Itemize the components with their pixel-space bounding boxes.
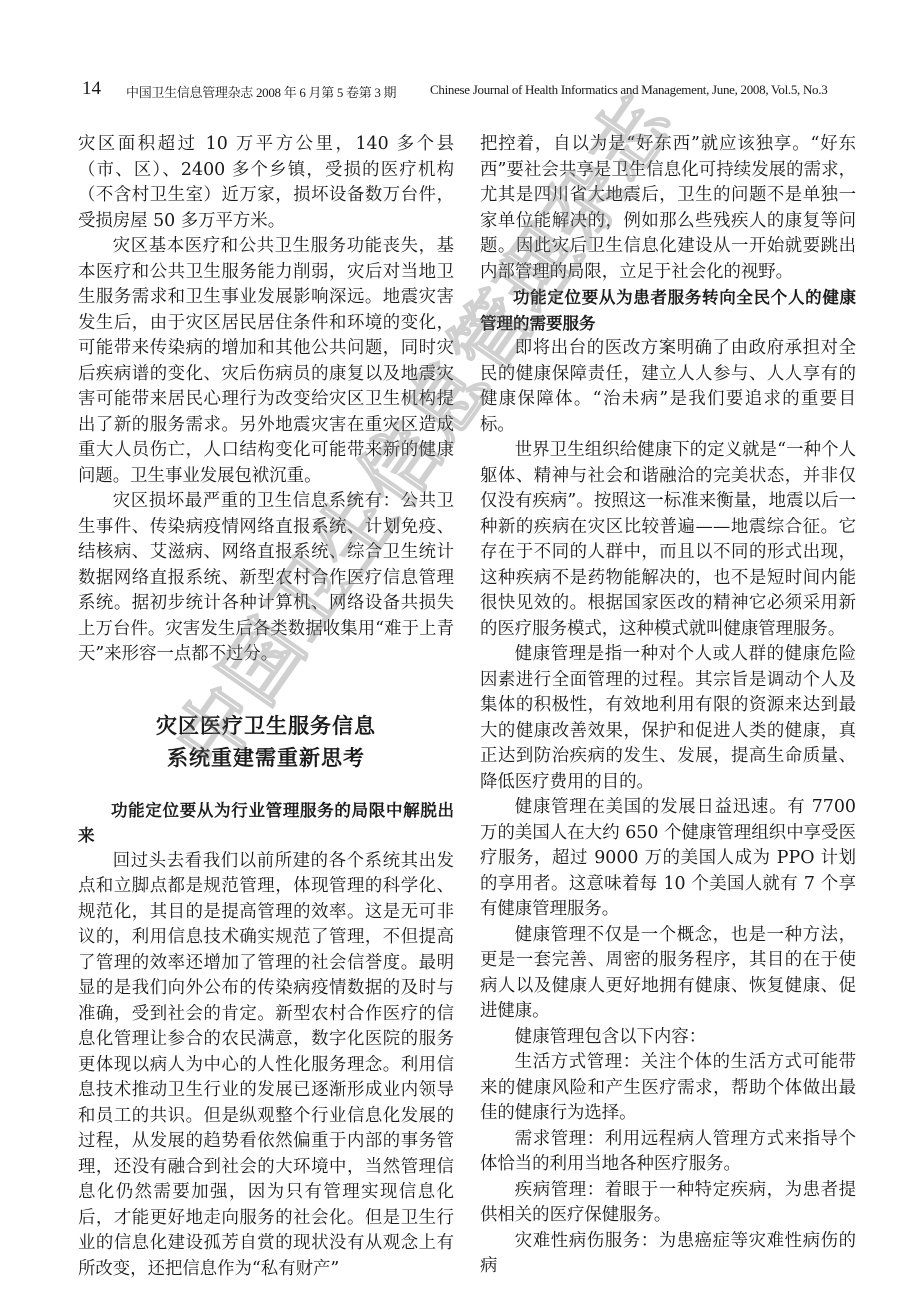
page-number: 14 xyxy=(82,78,101,100)
paragraph: 回过头去看我们以前所建的各个系统其出发点和立脚点都是规范管理，体现管理的科学化、… xyxy=(78,849,454,1283)
section-title: 灾区医疗卫生服务信息 系统重建需重新思考 xyxy=(78,710,454,774)
running-header: 14 中国卫生信息管理杂志 2008 年 6 月第 5 卷第 3 期 Chine… xyxy=(82,78,870,102)
paragraph: 疾病管理：着眼于一种特定疾病，为患者提供相关的医疗保健服务。 xyxy=(480,1178,856,1229)
subheading: 功能定位要从为患者服务转向全民个人的健康管理的需要服务 xyxy=(480,285,856,336)
paragraph: 健康管理不仅是一个概念，也是一种方法，更是一套完善、周密的服务程序，其目的在于使… xyxy=(480,923,856,1025)
subheading: 功能定位要从为行业管理服务的局限中解脱出来 xyxy=(78,798,454,849)
paragraph: 把控着，自以为是“好东西”就应该独享。“好东西”要社会共享是卫生信息化可持续发展… xyxy=(480,132,856,285)
left-column: 灾区面积超过 10 万平方公里，140 多个县（市、区）、2400 多个乡镇，受… xyxy=(78,132,454,1282)
paragraph: 灾区面积超过 10 万平方公里，140 多个县（市、区）、2400 多个乡镇，受… xyxy=(78,132,454,234)
paragraph: 世界卫生组织给健康下的定义就是“一种个人躯体、精神与社会和谐融洽的完美状态，并非… xyxy=(480,438,856,642)
section-title-line-2: 系统重建需重新思考 xyxy=(167,746,365,770)
paragraph: 即将出台的医改方案明确了由政府承担对全民的健康保障责任，建立人人参与、人人享有的… xyxy=(480,336,856,438)
paragraph: 需求管理：利用远程病人管理方式来指导个体恰当的利用当地各种医疗服务。 xyxy=(480,1127,856,1178)
right-column: 把控着，自以为是“好东西”就应该独享。“好东西”要社会共享是卫生信息化可持续发展… xyxy=(480,132,856,1280)
paragraph: 灾区基本医疗和公共卫生服务功能丧失，基本医疗和公共卫生服务能力削弱，灾后对当地卫… xyxy=(78,234,454,489)
journal-title-chinese: 中国卫生信息管理杂志 2008 年 6 月第 5 卷第 3 期 xyxy=(126,82,396,101)
paragraph: 健康管理在美国的发展日益迅速。有 7700 万的美国人在大约 650 个健康管理… xyxy=(480,795,856,923)
paragraph: 健康管理包含以下内容： xyxy=(480,1025,856,1051)
paragraph: 生活方式管理：关注个体的生活方式可能带来的健康风险和产生医疗需求，帮助个体做出最… xyxy=(480,1050,856,1127)
journal-title-english: Chinese Journal of Health Informatics an… xyxy=(430,82,827,98)
paragraph: 灾区损坏最严重的卫生信息系统有：公共卫生事件、传染病疫情网络直报系统、计划免疫、… xyxy=(78,489,454,668)
paragraph: 健康管理是指一种对个人或人群的健康危险因素进行全面管理的过程。其宗旨是调动个人及… xyxy=(480,642,856,795)
section-title-line-1: 灾区医疗卫生服务信息 xyxy=(156,714,376,738)
paragraph: 灾难性病伤服务：为患癌症等灾难性病伤的病 xyxy=(480,1229,856,1280)
